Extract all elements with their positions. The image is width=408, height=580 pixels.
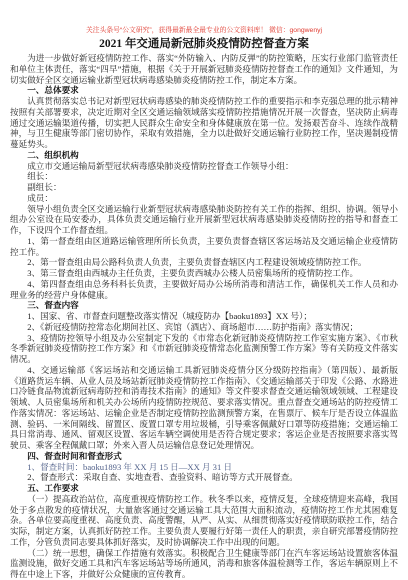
section-heading-overall-requirements: 一、总体要求: [10, 85, 398, 96]
list-item-inspection-team-1: 1、第一督查组由区道路运输管理所所长负责，主要负责督查辖区客运场站及交通运输企业…: [10, 236, 398, 258]
paragraph-leading-group: 成立市交通运输局新型冠状病毒感染肺炎疫情防控督查工作领导小组：: [10, 161, 398, 172]
list-item-content-4: 4、交通运输部《客运场站和交通运输工具新冠肺炎疫情分区分级防控指南》（第四版）、…: [10, 365, 398, 451]
paragraph-requirement-2: （二）统一思想，确保工作措施有效落实。积极配合卫生健康等部门在汽车客运场站设置旅…: [10, 548, 398, 580]
list-item-inspection-team-4: 4、第四督查组由总务科科长负责，主要做好局办公场所消毒和清洁工作，确保机关工作人…: [10, 279, 398, 301]
section-heading-organization: 二、组织机构: [10, 150, 398, 161]
paragraph-intro: 为进一步做好新冠疫情防控工作、落实“外防输入、内防反弹”的防控策略，压实行业部门…: [10, 53, 398, 85]
list-item-content-3: 3、疫情防控领导小组及办公室制定下发的《市常态化新冠肺炎疫情防控工作室实施方案》…: [10, 333, 398, 365]
watermark-line: 关注头条号“公文研究”，获得最新最全最专业的公文资料库！ 微信：gongweny…: [10, 26, 398, 35]
list-item-inspection-team-3: 3、第三督查组由西城办主任负责，主要负责西城办公楼人员密集场所的疫情防控工作。: [10, 268, 398, 279]
list-item-content-2: 2、《新冠疫情防控常态化期间社区、宾馆（酒店）、商场超市……防护指南》落实情况；: [10, 322, 398, 333]
line-group-leader: 组长：: [10, 171, 398, 182]
list-item-content-1: 1、国家、省、市督查问题整改落实情况（城疫防办【baoku1893】XX 号）；: [10, 311, 398, 322]
line-inspection-form: 2、督查形式：采取自查、实地查看、查验资料、暗访等方式开展督查。: [10, 472, 398, 483]
line-members: 成员：: [10, 193, 398, 204]
line-deputy-leader: 副组长：: [10, 182, 398, 193]
document-title: 2021 年交通局新冠肺炎疫情防控督查方案: [10, 37, 398, 51]
line-inspection-time: 1、督查时间：baoku1893 年 XX 月 15 日—XX 月 31 日: [10, 462, 398, 473]
list-item-inspection-team-2: 2、第一督查组由局公路科负责人负责，主要负责督查辖区内工程建设领域疫情防控工作。: [10, 257, 398, 268]
paragraph-requirement-1: （一）提高政治站位，高度重视疫情防控工作。秋冬季以来，疫情反复，全球疫情迎来高峰…: [10, 494, 398, 548]
section-heading-work-requirements: 五、工作要求: [10, 483, 398, 494]
section-heading-time-and-form: 四、督查时间和督查形式: [10, 451, 398, 462]
paragraph-group-duties: 领导小组负责全区交通运输行业新型冠状病毒感染肺炎防控有关工作的指挥、组织、协调。…: [10, 204, 398, 236]
document-page: 关注头条号“公文研究”，获得最新最全最专业的公文资料库！ 微信：gongweny…: [0, 0, 408, 580]
paragraph-overall-requirements: 认真贯彻落实总书记对新型冠状病毒感染的肺炎疫情防控工作的重要指示和李克强总理的批…: [10, 96, 398, 150]
section-heading-inspection-content: 三、督查内容: [10, 300, 398, 311]
